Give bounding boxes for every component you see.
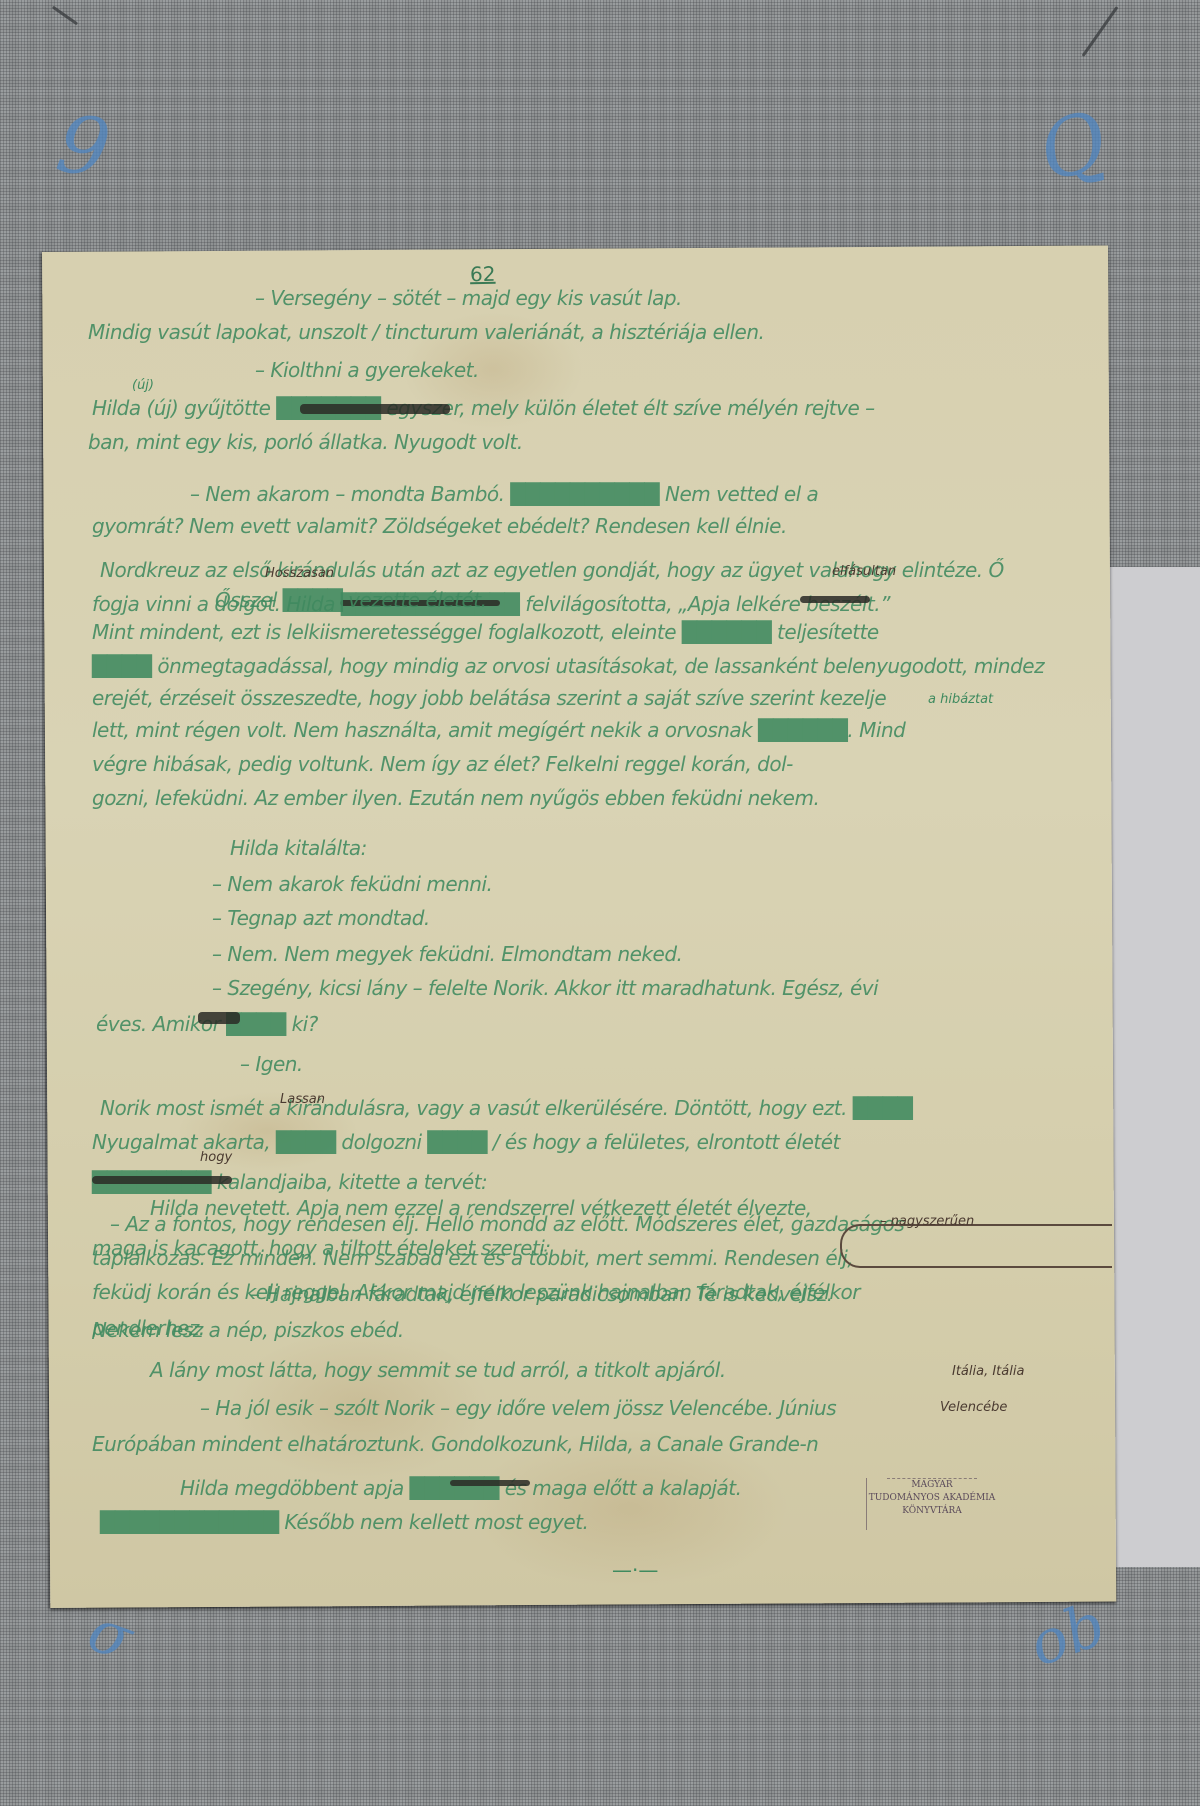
manuscript-line: – Nem. Nem megyek feküdni. Elmondtam nek… (212, 942, 682, 966)
manuscript-line: ████ önmegtagadással, hogy mindig az orv… (92, 654, 1044, 678)
blue-crayon-mark-top-left: 9 (50, 96, 116, 196)
blue-crayon-mark-bottom-right: ob (1020, 1589, 1114, 1680)
manuscript-line: Európában mindent elhatároztunk. Gondolk… (92, 1432, 818, 1456)
strikethrough (450, 1480, 530, 1486)
manuscript-line: – Tegnap azt mondtad. (212, 906, 430, 930)
blue-crayon-mark-top-right: Q (1029, 93, 1116, 200)
insert-note: a hibáztat (928, 692, 993, 707)
insert-note: Hosszasan (265, 566, 334, 581)
manuscript-line: – Szegény, kicsi lány – felelte Norik. A… (212, 976, 878, 1000)
strikethrough (92, 1176, 232, 1184)
page-number: 62 (470, 262, 496, 286)
manuscript-line: – Kiolthni a gyerekeket. (255, 358, 479, 382)
bracket-note: – nagyszerűen (880, 1214, 974, 1229)
pencil-note: Velencébe (940, 1400, 1007, 1415)
manuscript-line: Mint mindent, ezt is lelkiismeretességge… (92, 620, 879, 644)
manuscript-line: gozni, lefeküdni. Az ember ilyen. Ezután… (92, 786, 819, 810)
manuscript-line: maga is kacagott, hogy a tiltott ételeke… (92, 1236, 551, 1260)
stamp-line-1: MAGYAR (867, 1479, 997, 1492)
manuscript-line: Hilda nevetett. Apja nem ezzel a rendsze… (150, 1196, 812, 1220)
end-mark: —·— (612, 1558, 658, 1582)
pencil-note: Itália, Itália (952, 1364, 1024, 1379)
manuscript-line: gyomrát? Nem evett valamit? Zöldségeket … (92, 514, 787, 538)
insert-note: elfásultan (832, 564, 896, 579)
stamp-line-2: TUDOMÁNYOS AKADÉMIA (867, 1492, 997, 1505)
manuscript-line: Hilda (új) gyűjtötte ███████ egyszer, me… (92, 396, 875, 420)
manuscript-line: lett, mint régen volt. Nem használta, am… (92, 718, 905, 742)
stamp-line-3: KÖNYVTÁRA (867, 1505, 997, 1518)
strikethrough (198, 1012, 240, 1024)
manuscript-line: Ősszel ████ vezette életét. (215, 588, 486, 612)
manuscript-line: – Nem akarok feküdni menni. (212, 872, 492, 896)
insert-note: hogy (200, 1150, 232, 1165)
strikethrough (800, 596, 870, 603)
insert-note: (új) (132, 378, 154, 393)
manuscript-line: Mindig vasút lapokat, unszolt / tincturu… (88, 320, 764, 344)
library-stamp: MAGYAR TUDOMÁNYOS AKADÉMIA KÖNYVTÁRA (866, 1478, 997, 1530)
manuscript-line: A lány most látta, hogy semmit se tud ar… (150, 1358, 726, 1382)
manuscript-line: erejét, érzéseit összeszedte, hogy jobb … (92, 686, 886, 710)
backing-sheet (1110, 567, 1200, 1567)
manuscript-line: – Ha jól esik – szólt Norik – egy időre … (200, 1396, 836, 1420)
manuscript-line: ban, mint egy kis, porló állatka. Nyugod… (88, 430, 523, 454)
insert-note: Lassan (280, 1092, 325, 1107)
manuscript-line: – Nem akarom – mondta Bambó. ██████████ … (190, 482, 818, 506)
manuscript-line: – Versegény – sötét – majd egy kis vasút… (255, 286, 682, 310)
strikethrough (300, 404, 450, 414)
pencil-mark-top-left (52, 6, 78, 26)
manuscript-line: ████████████ Később nem kellett most egy… (100, 1510, 588, 1534)
manuscript-line: – Hajnalban fáradtak, éjfélkor paradicso… (250, 1282, 833, 1306)
manuscript-line: végre hibásak, pedig voltunk. Nem így az… (92, 752, 793, 776)
bracket-annotation (840, 1224, 1112, 1268)
pencil-mark-top-right (1082, 6, 1119, 57)
manuscript-line: Hilda kitalálta: (230, 836, 367, 860)
manuscript-line: Norik most ismét a kirándulásra, vagy a … (100, 1096, 912, 1120)
manuscript-line: – Igen. (240, 1052, 303, 1076)
manuscript-line: Nekem lesz a nép, piszkos ebéd. (92, 1318, 404, 1342)
